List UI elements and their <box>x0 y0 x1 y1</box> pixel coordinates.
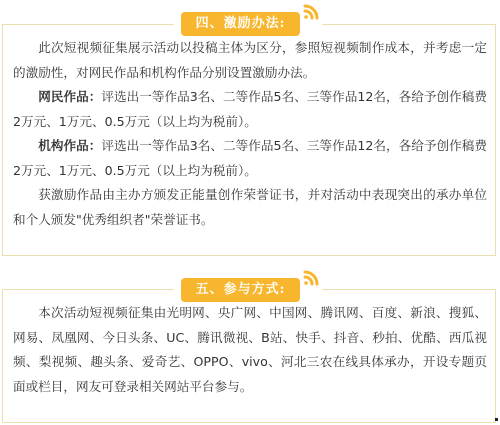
incentives-content: 此次短视频征集展示活动以投稿主体为区分，参照短视频制作成本，并考虑一定的激励性，… <box>13 36 487 232</box>
certificate-paragraph: 获激励作品由主办方颁发正能量创作荣誉证书，并对活动中表现突出的承办单位和个人颁发… <box>13 183 487 232</box>
section-title-participation: 五、参与方式: <box>181 278 300 302</box>
netizen-works-paragraph: 网民作品：评选出一等作品3名、二等作品5名、三等作品12名，各给予创作稿费2万元… <box>13 85 487 134</box>
participation-content: 本次活动短视频征集由光明网、央广网、中国网、腾讯网、百度、新浪、搜狐、网易、凤凰… <box>13 301 487 399</box>
signal-arcs-icon <box>302 2 320 22</box>
netizen-works-label: 网民作品： <box>38 89 101 104</box>
section-title-incentives: 四、激励办法: <box>181 12 300 36</box>
incentives-intro-paragraph: 此次短视频征集展示活动以投稿主体为区分，参照短视频制作成本，并考虑一定的激励性，… <box>13 36 487 85</box>
institution-works-label: 机构作品： <box>38 138 101 153</box>
corner-dot <box>495 418 498 421</box>
institution-works-paragraph: 机构作品：评选出一等作品3名、二等作品5名、三等作品12名，各给予创作稿费2万元… <box>13 134 487 183</box>
signal-arcs-icon <box>302 268 320 288</box>
paragraph-text: 本次活动短视频征集由光明网、央广网、中国网、腾讯网、百度、新浪、搜狐、网易、凤凰… <box>13 305 487 394</box>
paragraph-text: 获激励作品由主办方颁发正能量创作荣誉证书，并对活动中表现突出的承办单位和个人颁发… <box>13 187 487 227</box>
participation-paragraph: 本次活动短视频征集由光明网、央广网、中国网、腾讯网、百度、新浪、搜狐、网易、凤凰… <box>13 301 487 399</box>
paragraph-text: 此次短视频征集展示活动以投稿主体为区分，参照短视频制作成本，并考虑一定的激励性，… <box>13 40 487 80</box>
